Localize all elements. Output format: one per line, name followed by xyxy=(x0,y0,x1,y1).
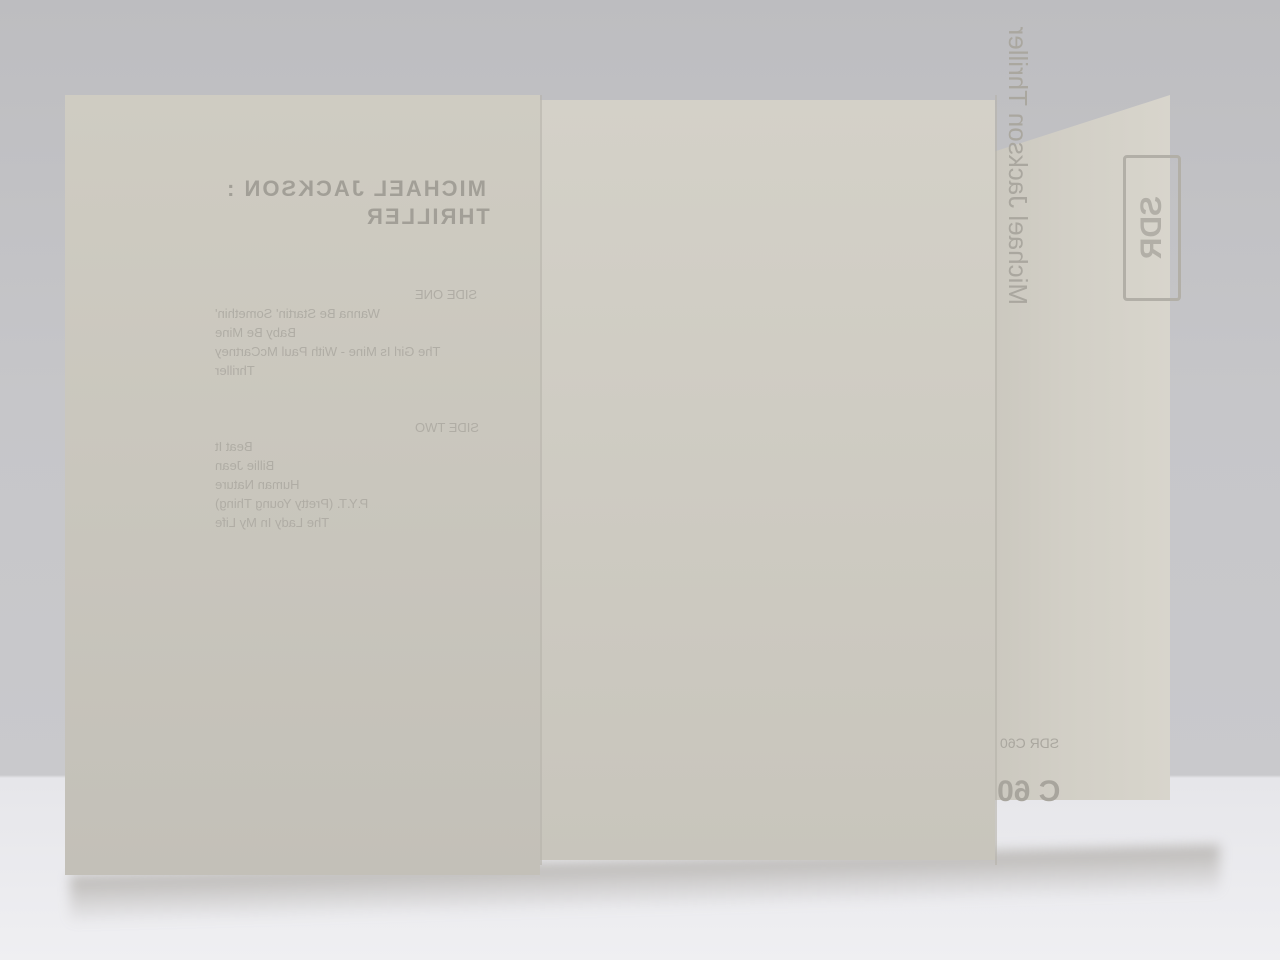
track: Beat It xyxy=(215,437,253,456)
sdr-logo: SDR xyxy=(1123,155,1181,301)
tape-length: C 60 xyxy=(997,775,1060,809)
fold-line xyxy=(540,95,542,865)
fold-line xyxy=(995,95,997,865)
track: The Girl Is Mine - With Paul McCartney xyxy=(215,342,440,361)
catalog-number: SDR C60 xyxy=(1000,735,1059,751)
title-line-2: THRILLER xyxy=(365,203,490,231)
album-title-mirrored: MICHAEL JACKSON : THRILLER xyxy=(225,175,490,231)
cassette-j-card: MICHAEL JACKSON : THRILLER SIDE ONE Wann… xyxy=(65,95,1225,875)
title-line-1: MICHAEL JACKSON : xyxy=(225,175,486,203)
track: Baby Be Mine xyxy=(215,323,296,342)
j-card-middle-panel xyxy=(540,100,995,860)
tracklist-mirrored: SIDE ONE Wanna Be Startin' Somethin' Bab… xyxy=(215,285,479,532)
track: The Lady In My Life xyxy=(215,513,329,532)
track: Human Nature xyxy=(215,475,300,494)
logo-text: SDR xyxy=(1126,196,1178,259)
track: Billie Jean xyxy=(215,456,274,475)
tape-length-text: C 60 xyxy=(997,775,1060,809)
side-two-label: SIDE TWO xyxy=(415,418,479,437)
track: Wanna Be Startin' Somethin' xyxy=(215,304,380,323)
side-one-label: SIDE ONE xyxy=(415,285,477,304)
spine-title: Michael Jackson Thriller xyxy=(1002,27,1033,305)
track: Thriller xyxy=(215,361,255,380)
catalog-text: SDR C60 xyxy=(1000,735,1059,751)
track: P.Y.T. (Pretty Young Thing) xyxy=(215,494,368,513)
